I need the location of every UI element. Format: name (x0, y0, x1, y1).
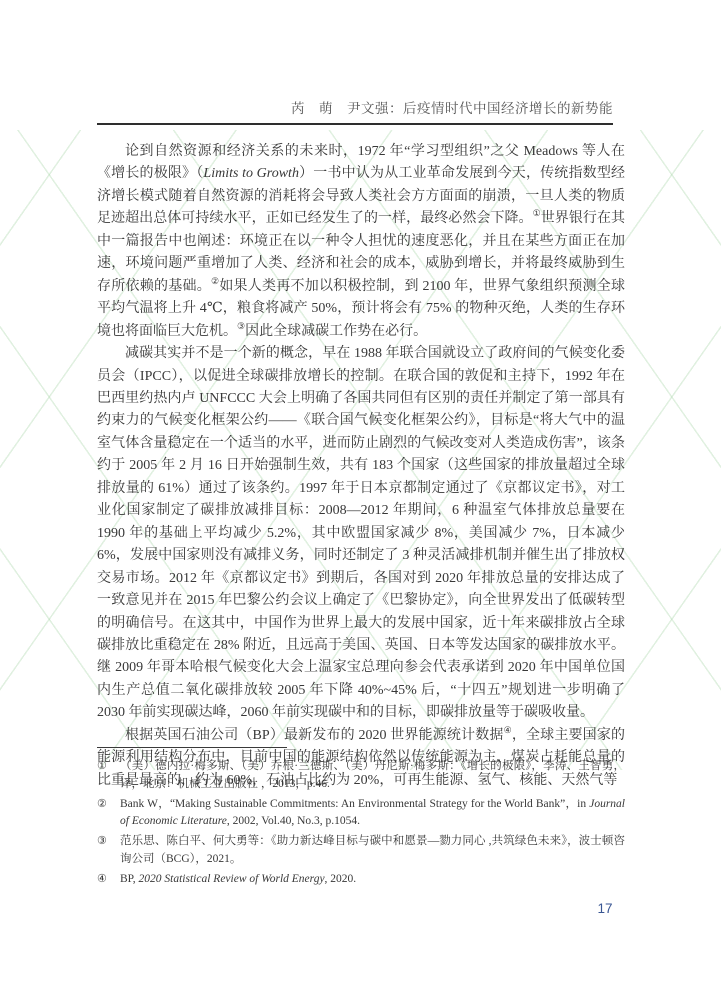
footnote-ref-3: ③ (237, 321, 245, 331)
footnote-item-3: ③ 范乐思、陈白平、何大勇等：《助力新达峰目标与碳中和愿景—勠力同心 ,共筑绿色… (97, 833, 625, 868)
footnote-text: 范乐思、陈白平、何大勇等：《助力新达峰目标与碳中和愿景—勠力同心 ,共筑绿色未来… (120, 835, 625, 865)
paragraph-1: 论到自然资源和经济关系的未来时，1972 年“学习型组织”之父 Meadows … (97, 141, 625, 343)
footnote-marker-2: ② (97, 796, 107, 814)
text-run: 因此全球减碳工作势在必行。 (245, 324, 427, 339)
text-run: 根据英国石油公司（BP）最新发布的 2020 世界能源统计数据 (125, 728, 504, 743)
footnote-text: （美）德内拉·梅多斯、（美）乔根·兰德斯、（美）丹尼斯·梅多斯：《增长的极限》，… (120, 760, 625, 790)
footnote-text: , 2002, Vol.40, No.3, p.1054. (227, 815, 360, 827)
italic-run: Limits to Growth (203, 166, 299, 181)
footnote-marker-1: ① (97, 758, 107, 776)
footnote-marker-4: ④ (97, 871, 107, 889)
footnotes-list: ① （美）德内拉·梅多斯、（美）乔根·兰德斯、（美）丹尼斯·梅多斯：《增长的极限… (97, 758, 625, 889)
footnote-text: Bank W，“Making Sustainable Commitments: … (120, 798, 589, 810)
footnote-item-4: ④ BP, 2020 Statistical Review of World E… (97, 871, 625, 889)
footnote-text: , 2020. (325, 873, 357, 885)
running-head: 芮 萌 尹文强：后疫情时代中国经济增长的新势能 (97, 97, 613, 117)
text-run: 减碳其实并不是一个新的概念，早在 1988 年联合国就设立了政府间的气候变化委员… (97, 346, 625, 720)
header-divider (97, 123, 613, 125)
footnote-divider (97, 747, 287, 748)
page-number: 17 (590, 901, 620, 916)
footnote-item-2: ② Bank W，“Making Sustainable Commitments… (97, 796, 625, 831)
footnote-section: ① （美）德内拉·梅多斯、（美）乔根·兰德斯、（美）丹尼斯·梅多斯：《增长的极限… (97, 747, 625, 891)
running-head-text: 芮 萌 尹文强：后疫情时代中国经济增长的新势能 (291, 101, 613, 116)
article-body: 论到自然资源和经济关系的未来时，1972 年“学习型组织”之父 Meadows … (97, 141, 625, 792)
paragraph-2: 减碳其实并不是一个新的概念，早在 1988 年联合国就设立了政府间的气候变化委员… (97, 343, 625, 725)
footnote-item-1: ① （美）德内拉·梅多斯、（美）乔根·兰德斯、（美）丹尼斯·梅多斯：《增长的极限… (97, 758, 625, 793)
document-page: 芮 萌 尹文强：后疫情时代中国经济增长的新势能 论到自然资源和经济关系的未来时，… (0, 0, 721, 1005)
footnote-report-title: 2020 Statistical Review of World Energy (139, 873, 325, 885)
footnote-ref-4: ④ (504, 725, 512, 735)
footnote-ref-1: ① (533, 208, 541, 218)
footnote-marker-3: ③ (97, 833, 107, 851)
footnote-text: BP, (120, 873, 139, 885)
